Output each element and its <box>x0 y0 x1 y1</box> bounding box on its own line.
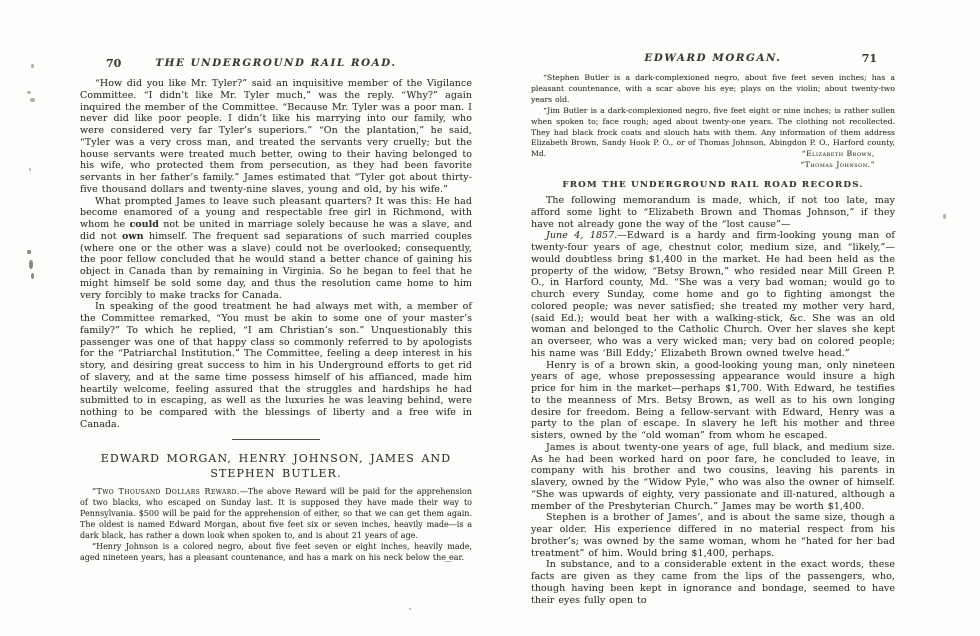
scan-speck <box>29 168 31 171</box>
advert-paragraph-reward: “Two Thousand Dollars Reward.—The above … <box>80 486 472 541</box>
scan-speck <box>444 561 452 562</box>
signature-elizabeth-brown: “Elizabeth Brown, <box>531 149 875 160</box>
page-71-header: EDWARD MORGAN. 71 <box>531 52 895 66</box>
page-70-header: 70 THE UNDERGROUND RAIL ROAD. <box>80 57 472 71</box>
scan-speck <box>27 250 31 254</box>
book-scan-spread: 70 THE UNDERGROUND RAIL ROAD. “How did y… <box>0 0 980 636</box>
scan-speck <box>29 260 33 269</box>
scan-speck <box>31 64 34 68</box>
scan-speck <box>31 273 34 279</box>
paragraph-stephen: Stephen is a brother of James’, and is a… <box>531 512 895 559</box>
scan-speck <box>27 91 31 94</box>
page-70-body: “How did you like Mr. Tyler?” said an in… <box>80 78 472 431</box>
paragraph-tyler-dialogue: “How did you like Mr. Tyler?” said an in… <box>80 78 472 196</box>
page-70: 70 THE UNDERGROUND RAIL ROAD. “How did y… <box>80 57 472 563</box>
advert-paragraph-stephen-butler: “Stephen Butler is a dark-complexioned n… <box>531 73 895 106</box>
paragraph-james: James is about twenty-one years of age, … <box>531 442 895 513</box>
date-lead-italic: June 4, 1857. <box>546 230 617 241</box>
section-heading: EDWARD MORGAN, HENRY JOHNSON, JAMES AND … <box>80 452 472 481</box>
paragraph-henry: Henry is of a brown skin, a good-looking… <box>531 360 895 442</box>
page-number-right: 71 <box>862 52 877 65</box>
page-71-body: The following memorandum is made, which,… <box>531 195 895 606</box>
scan-speck <box>87 107 90 110</box>
emphasis-word-own: own <box>122 231 144 242</box>
advert-paragraph-henry-johnson: “Henry Johnson is a colored negro, about… <box>80 541 472 563</box>
emphasis-word-could: could <box>129 219 159 230</box>
advert-signatures: “Elizabeth Brown, “Thomas Johnson.” <box>531 149 895 171</box>
scan-speck <box>943 214 946 219</box>
paragraph-what-prompted: What prompted James to leave such pleasa… <box>80 196 472 302</box>
paragraph-edward: June 4, 1857.—Edward is a hardy and firm… <box>531 230 895 359</box>
paragraph-in-substance: In substance, and to a considerable exte… <box>531 559 895 606</box>
page-71: EDWARD MORGAN. 71 “Stephen Butler is a d… <box>531 52 895 606</box>
paragraph-good-treatment: In speaking of the good treatment he had… <box>80 301 472 430</box>
reward-advertisement-continued: “Stephen Butler is a dark-complexioned n… <box>531 73 895 160</box>
signature-thomas-johnson: “Thomas Johnson.” <box>531 160 875 171</box>
reward-advertisement: “Two Thousand Dollars Reward.—The above … <box>80 486 472 563</box>
paragraph-text: —Edward is a hardy and firm-looking youn… <box>531 230 895 359</box>
paragraph-memorandum: The following memorandum is made, which,… <box>531 195 895 230</box>
section-divider-rule <box>232 439 320 441</box>
section-heading-line1: EDWARD MORGAN, HENRY JOHNSON, JAMES AND <box>80 452 472 467</box>
running-head-left: THE UNDERGROUND RAIL ROAD. <box>80 57 472 69</box>
section-heading-line2: STEPHEN BUTLER. <box>80 467 472 482</box>
scan-speck <box>30 98 35 102</box>
page-number-left: 70 <box>106 57 121 70</box>
records-heading: FROM THE UNDERGROUND RAIL ROAD RECORDS. <box>531 180 895 190</box>
advert-lead-smallcaps: “Two Thousand Dollars Reward. <box>92 487 240 496</box>
running-head-right: EDWARD MORGAN. <box>531 52 895 64</box>
scan-speck <box>409 608 411 610</box>
